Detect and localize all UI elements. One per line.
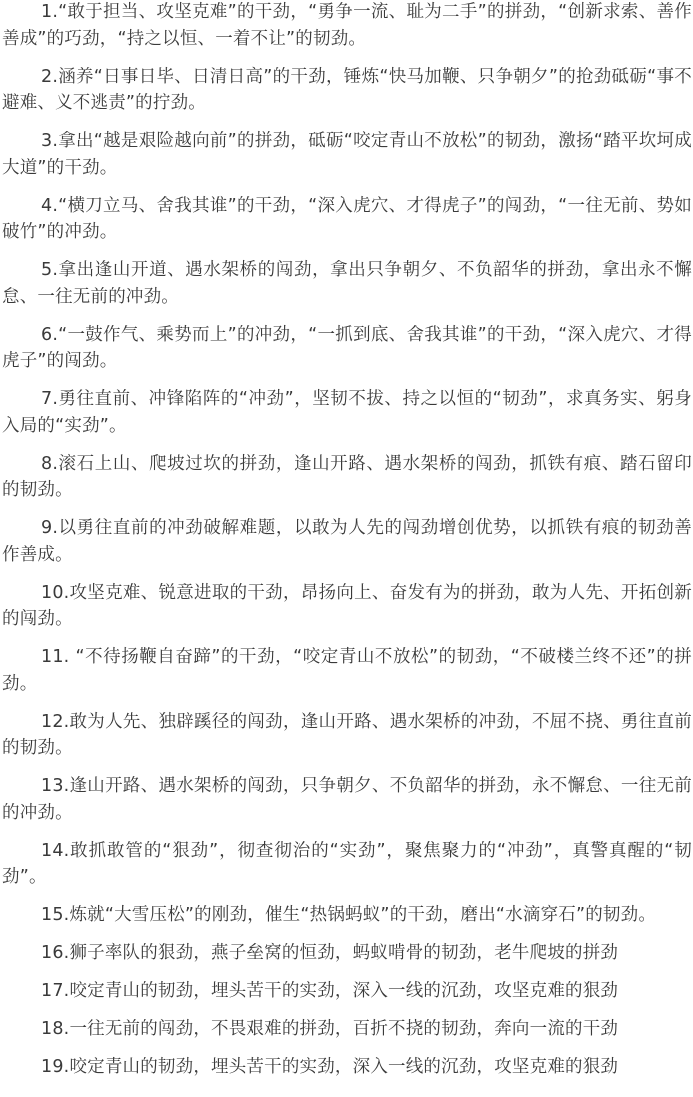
paragraph-1: 1.“敢于担当、攻坚克难”的干劲，“勇争一流、耻为二手”的拼劲，“创新求索、善作… [2,0,692,52]
paragraph-number: 16. [41,943,69,963]
paragraph-text: 狮子率队的狠劲，燕子垒窝的恒劲，蚂蚁啃骨的韧劲，老牛爬坡的拼劲 [69,943,618,963]
paragraph-number: 5. [41,260,58,280]
paragraph-number: 13. [41,776,69,796]
paragraph-text: 逢山开路、遇水架桥的闯劲，只争朝夕、不负韶华的拼劲，永不懈怠、一往无前的冲劲。 [2,776,692,823]
paragraph-text: 拿出“越是艰险越向前”的拼劲，砥砺“咬定青山不放松”的韧劲，激扬“踏平坎坷成大道… [2,131,692,178]
paragraph-number: 6. [41,325,58,345]
paragraph-number: 4. [41,196,58,216]
paragraph-text: 涵养“日事日毕、日清日高”的干劲，锤炼“快马加鞭、只争朝夕”的抢劲砥砺“事不避难… [2,67,692,114]
article-body: 1.“敢于担当、攻坚克难”的干劲，“勇争一流、耻为二手”的拼劲，“创新求索、善作… [2,0,692,1092]
paragraph-number: 15. [41,905,69,925]
paragraph-text: 拿出逢山开道、遇水架桥的闯劲，拿出只争朝夕、不负韶华的拼劲，拿出永不懈怠、一往无… [2,260,692,307]
paragraph-number: 12. [41,712,69,732]
paragraph-number: 11. [41,647,69,667]
paragraph-number: 2. [41,67,58,87]
paragraph-4: 4.“横刀立马、舍我其谁”的干劲，“深入虎穴、才得虎子”的闯劲，“一往无前、势如… [2,193,692,246]
paragraph-8: 8.滚石上山、爬坡过坎的拼劲，逢山开路、遇水架桥的闯劲，抓铁有痕、踏石留印的韧劲… [2,451,692,504]
paragraph-text: “不待扬鞭自奋蹄”的干劲，“咬定青山不放松”的韧劲，“不破楼兰终不还”的拼劲。 [2,647,692,694]
paragraph-number: 1. [41,2,58,22]
paragraph-16: 16.狮子率队的狠劲，燕子垒窝的恒劲，蚂蚁啃骨的韧劲，老牛爬坡的拼劲 [2,940,692,967]
paragraph-number: 7. [41,389,58,409]
paragraph-text: “敢于担当、攻坚克难”的干劲，“勇争一流、耻为二手”的拼劲，“创新求索、善作善成… [2,2,692,49]
paragraph-19: 19.咬定青山的韧劲，埋头苦干的实劲，深入一线的沉劲，攻坚克难的狠劲 [2,1054,692,1081]
paragraph-14: 14.敢抓敢管的“狠劲”，彻查彻治的“实劲”，聚焦聚力的“冲劲”，真警真醒的“韧… [2,838,692,891]
paragraph-2: 2.涵养“日事日毕、日清日高”的干劲，锤炼“快马加鞭、只争朝夕”的抢劲砥砺“事不… [2,64,692,117]
paragraph-text: 咬定青山的韧劲，埋头苦干的实劲，深入一线的沉劲，攻坚克难的狠劲 [69,1057,618,1077]
paragraph-number: 9. [41,518,58,538]
paragraph-number: 8. [41,454,58,474]
paragraph-9: 9.以勇往直前的冲劲破解难题，以敢为人先的闯劲增创优势，以抓铁有痕的韧劲善作善成… [2,515,692,568]
paragraph-5: 5.拿出逢山开道、遇水架桥的闯劲，拿出只争朝夕、不负韶华的拼劲，拿出永不懈怠、一… [2,257,692,310]
paragraph-text: 炼就“大雪压松”的刚劲，催生“热锅蚂蚁”的干劲，磨出“水滴穿石”的韧劲。 [69,905,656,925]
paragraph-text: 敢为人先、独辟蹊径的闯劲，逢山开路、遇水架桥的冲劲，不屈不挠、勇往直前的韧劲。 [2,712,692,759]
paragraph-number: 3. [41,131,58,151]
paragraph-17: 17.咬定青山的韧劲，埋头苦干的实劲，深入一线的沉劲，攻坚克难的狠劲 [2,978,692,1005]
paragraph-text: “一鼓作气、乘势而上”的冲劲，“一抓到底、舍我其谁”的干劲，“深入虎穴、才得虎子… [2,325,692,372]
paragraph-3: 3.拿出“越是艰险越向前”的拼劲，砥砺“咬定青山不放松”的韧劲，激扬“踏平坎坷成… [2,128,692,181]
paragraph-text: 以勇往直前的冲劲破解难题，以敢为人先的闯劲增创优势，以抓铁有痕的韧劲善作善成。 [2,518,692,565]
paragraph-7: 7.勇往直前、冲锋陷阵的“冲劲”，坚韧不拔、持之以恒的“韧劲”，求真务实、躬身入… [2,386,692,439]
paragraph-13: 13.逢山开路、遇水架桥的闯劲，只争朝夕、不负韶华的拼劲，永不懈怠、一往无前的冲… [2,773,692,826]
paragraph-15: 15.炼就“大雪压松”的刚劲，催生“热锅蚂蚁”的干劲，磨出“水滴穿石”的韧劲。 [2,902,692,929]
paragraph-text: 滚石上山、爬坡过坎的拼劲，逢山开路、遇水架桥的闯劲，抓铁有痕、踏石留印的韧劲。 [2,454,692,501]
paragraph-12: 12.敢为人先、独辟蹊径的闯劲，逢山开路、遇水架桥的冲劲，不屈不挠、勇往直前的韧… [2,709,692,762]
paragraph-6: 6.“一鼓作气、乘势而上”的冲劲，“一抓到底、舍我其谁”的干劲，“深入虎穴、才得… [2,322,692,375]
paragraph-text: 勇往直前、冲锋陷阵的“冲劲”，坚韧不拔、持之以恒的“韧劲”，求真务实、躬身入局的… [2,389,692,436]
paragraph-text: 攻坚克难、锐意进取的干劲，昂扬向上、奋发有为的拼劲，敢为人先、开拓创新的闯劲。 [2,583,692,630]
paragraph-number: 18. [41,1019,69,1039]
paragraph-number: 10. [41,583,69,603]
paragraph-text: 咬定青山的韧劲，埋头苦干的实劲，深入一线的沉劲，攻坚克难的狠劲 [69,981,618,1001]
paragraph-text: “横刀立马、舍我其谁”的干劲，“深入虎穴、才得虎子”的闯劲，“一往无前、势如破竹… [2,196,692,243]
paragraph-text: 一往无前的闯劲，不畏艰难的拼劲，百折不挠的韧劲，奔向一流的干劲 [69,1019,618,1039]
paragraph-11: 11. “不待扬鞭自奋蹄”的干劲，“咬定青山不放松”的韧劲，“不破楼兰终不还”的… [2,644,692,697]
paragraph-18: 18.一往无前的闯劲，不畏艰难的拼劲，百折不挠的韧劲，奔向一流的干劲 [2,1016,692,1043]
paragraph-text: 敢抓敢管的“狠劲”，彻查彻治的“实劲”，聚焦聚力的“冲劲”，真警真醒的“韧劲”。 [2,841,692,888]
paragraph-number: 14. [41,841,69,861]
paragraph-10: 10.攻坚克难、锐意进取的干劲，昂扬向上、奋发有为的拼劲，敢为人先、开拓创新的闯… [2,580,692,633]
paragraph-number: 17. [41,981,69,1001]
paragraph-number: 19. [41,1057,69,1077]
